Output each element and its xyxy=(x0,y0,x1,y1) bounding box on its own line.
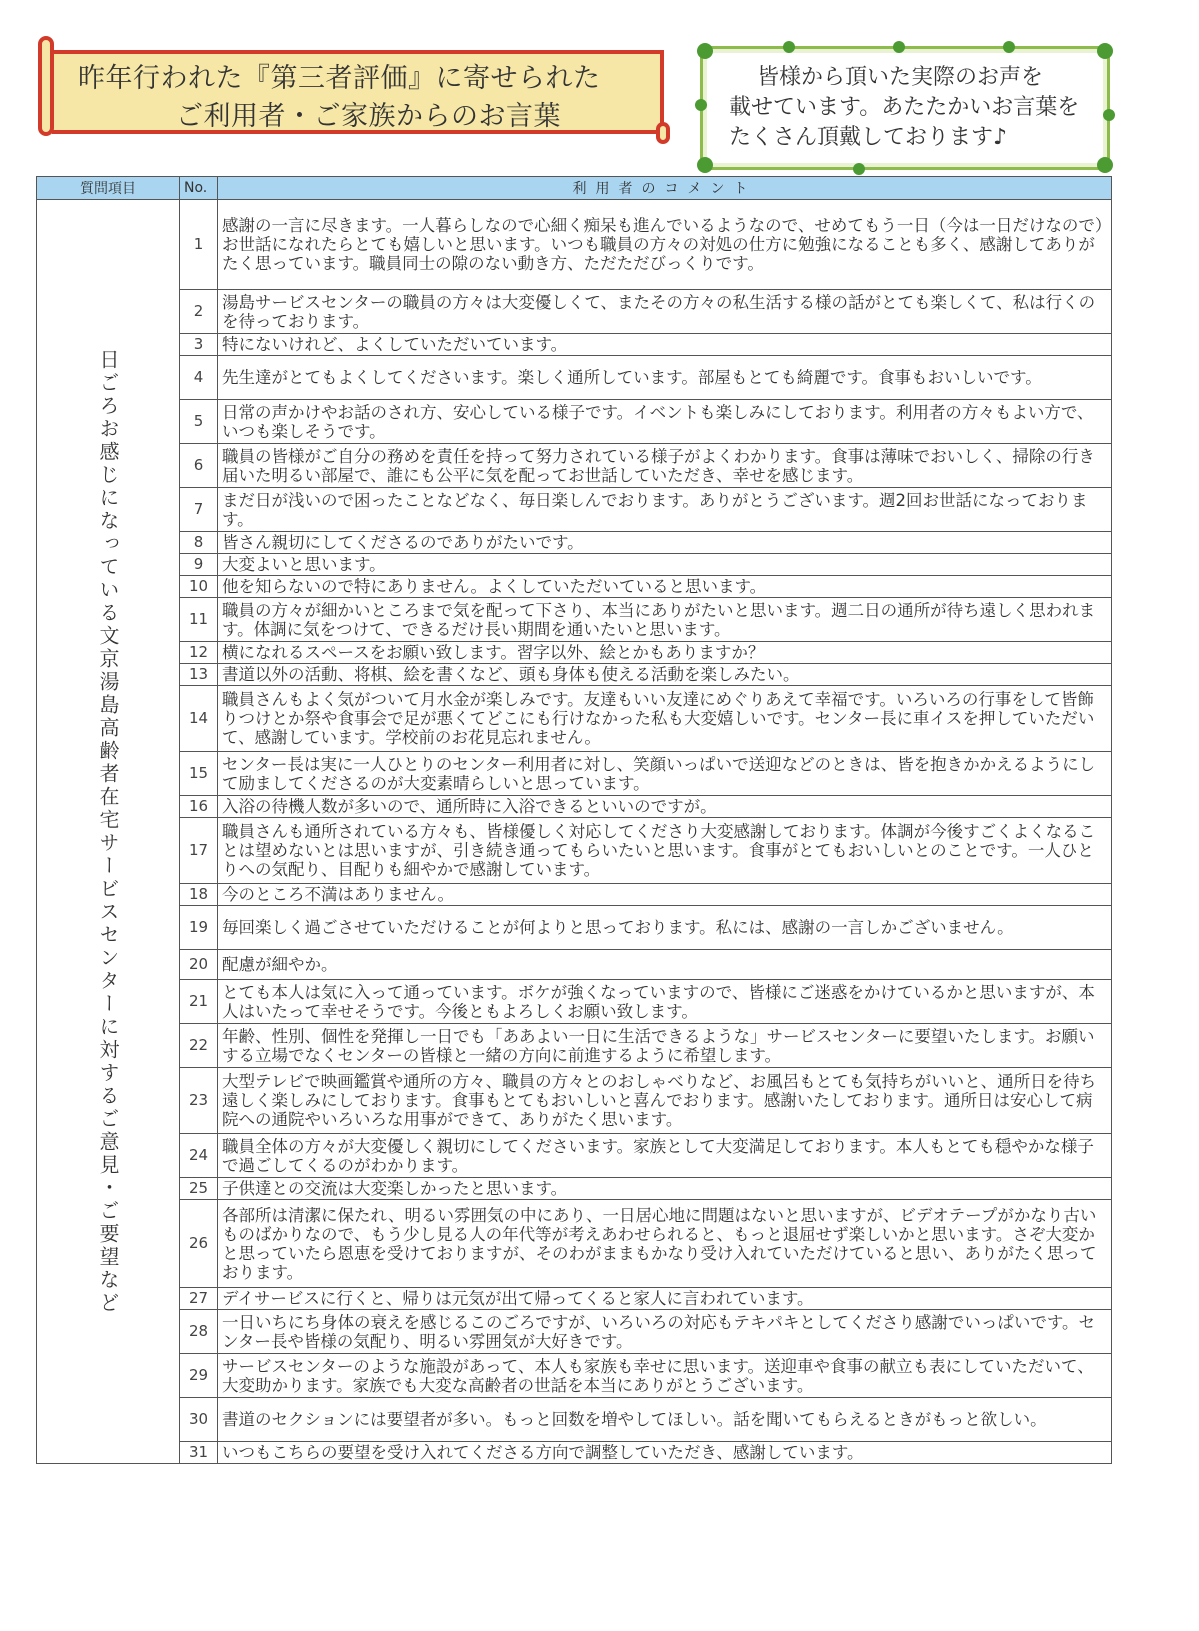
row-number: 23 xyxy=(180,1068,218,1134)
comment-text: 日常の声かけやお話のされ方、安心している様子です。イベントも楽しみにしております… xyxy=(218,400,1112,444)
comment-text: 職員さんも通所されている方々も、皆様優しく対応してくださり大変感謝しております。… xyxy=(218,818,1112,884)
table-row: 26各部所は清潔に保たれ、明るい雰囲気の中にあり、一日居心地に問題はないと思いま… xyxy=(37,1200,1112,1288)
clover-icon xyxy=(893,41,905,53)
clover-icon xyxy=(853,163,865,175)
row-number: 31 xyxy=(180,1442,218,1464)
row-number: 19 xyxy=(180,906,218,950)
table-row: 21とても本人は気に入って通っています。ボケが強くなっていますので、皆様にご迷惑… xyxy=(37,980,1112,1024)
row-number: 15 xyxy=(180,752,218,796)
row-number: 5 xyxy=(180,400,218,444)
table-row: 23大型テレビで映画鑑賞や通所の方々、職員の方々とのおしゃべりなど、お風呂もとて… xyxy=(37,1068,1112,1134)
table-row: 9大変よいと思います。 xyxy=(37,554,1112,576)
table-row: 8皆さん親切にしてくださるのでありがたいです。 xyxy=(37,532,1112,554)
row-number: 25 xyxy=(180,1178,218,1200)
table-row: 日ごろお感じになっている文京湯島高齢者在宅サービスセンターに対するご意見・ご要望… xyxy=(37,200,1112,290)
table-row: 11職員の方々が細かいところまで気を配って下さり、本当にありがたいと思います。週… xyxy=(37,598,1112,642)
comment-text: とても本人は気に入って通っています。ボケが強くなっていますので、皆様にご迷惑をか… xyxy=(218,980,1112,1024)
table-header-row: 質問項目 No. 利用者のコメント xyxy=(37,177,1112,200)
row-number: 2 xyxy=(180,290,218,334)
table-row: 4先生達がとてもよくしてくださいます。楽しく通所しています。部屋もとても綺麗です… xyxy=(37,356,1112,400)
row-number: 10 xyxy=(180,576,218,598)
table-row: 2湯島サービスセンターの職員の方々は大変優しくて、またその方々の私生活する様の話… xyxy=(37,290,1112,334)
row-number: 1 xyxy=(180,200,218,290)
row-number: 21 xyxy=(180,980,218,1024)
comment-text: デイサービスに行くと、帰りは元気が出て帰ってくると家人に言われています。 xyxy=(218,1288,1112,1310)
table-row: 16入浴の待機人数が多いので、通所時に入浴できるといいのですが。 xyxy=(37,796,1112,818)
row-number: 24 xyxy=(180,1134,218,1178)
row-number: 28 xyxy=(180,1310,218,1354)
comment-text: 書道のセクションには要望者が多い。もっと回数を増やしてほしい。話を聞いてもらえる… xyxy=(218,1398,1112,1442)
row-number: 12 xyxy=(180,642,218,664)
comment-text: 入浴の待機人数が多いので、通所時に入浴できるといいのですが。 xyxy=(218,796,1112,818)
comment-text: 特にないけれど、よくしていただいています。 xyxy=(218,334,1112,356)
row-number: 30 xyxy=(180,1398,218,1442)
clover-icon xyxy=(1103,109,1115,121)
table-row: 3特にないけれど、よくしていただいています。 xyxy=(37,334,1112,356)
table-row: 28一日いちにち身体の衰えを感じるこのごろですが、いろいろの対応もテキパキとして… xyxy=(37,1310,1112,1354)
comment-text: 毎回楽しく過ごさせていただけることが何よりと思っております。私には、感謝の一言し… xyxy=(218,906,1112,950)
comment-text: 書道以外の活動、将棋、絵を書くなど、頭も身体も使える活動を楽しみたい。 xyxy=(218,664,1112,686)
row-number: 17 xyxy=(180,818,218,884)
table-row: 17職員さんも通所されている方々も、皆様優しく対応してくださり大変感謝しておりま… xyxy=(37,818,1112,884)
header-no: No. xyxy=(180,177,218,200)
clover-icon xyxy=(1097,43,1113,59)
comment-text: 横になれるスペースをお願い致します。習字以外、絵とかもありますか？ xyxy=(218,642,1112,664)
header-category: 質問項目 xyxy=(37,177,180,200)
row-number: 16 xyxy=(180,796,218,818)
comment-text: 他を知らないので特にありません。よくしていただいていると思います。 xyxy=(218,576,1112,598)
table-row: 7まだ日が浅いので困ったことなどなく、毎日楽しんでおります。ありがとうございます… xyxy=(37,488,1112,532)
row-number: 8 xyxy=(180,532,218,554)
row-number: 9 xyxy=(180,554,218,576)
comment-text: 一日いちにち身体の衰えを感じるこのごろですが、いろいろの対応もテキパキとしてくだ… xyxy=(218,1310,1112,1354)
comment-text: 今のところ不満はありません。 xyxy=(218,884,1112,906)
comment-text: 先生達がとてもよくしてくださいます。楽しく通所しています。部屋もとても綺麗です。… xyxy=(218,356,1112,400)
row-number: 4 xyxy=(180,356,218,400)
clover-icon xyxy=(783,41,795,53)
table-row: 31いつもこちらの要望を受け入れてくださる方向で調整していただき、感謝しています… xyxy=(37,1442,1112,1464)
comment-text: 職員の方々が細かいところまで気を配って下さり、本当にありがたいと思います。週二日… xyxy=(218,598,1112,642)
row-number: 22 xyxy=(180,1024,218,1068)
row-number: 11 xyxy=(180,598,218,642)
table-row: 20配慮が細やか。 xyxy=(37,950,1112,980)
clover-icon xyxy=(1097,157,1113,173)
table-row: 18今のところ不満はありません。 xyxy=(37,884,1112,906)
comment-text: 配慮が細やか。 xyxy=(218,950,1112,980)
table-row: 29サービスセンターのような施設があって、本人も家族も幸せに思います。送迎車や食… xyxy=(37,1354,1112,1398)
category-label: 日ごろお感じになっている文京湯島高齢者在宅サービスセンターに対するご意見・ご要望… xyxy=(94,349,122,1315)
note-line-3: たくさん頂戴しております♪ xyxy=(729,123,1099,153)
table-row: 25子供達との交流は大変楽しかったと思います。 xyxy=(37,1178,1112,1200)
row-number: 3 xyxy=(180,334,218,356)
note-line-1: 皆様から頂いた実際のお声を xyxy=(729,63,1099,93)
table-row: 22年齢、性別、個性を発揮し一日でも「ああよい一日に生活できるような」サービスセ… xyxy=(37,1024,1112,1068)
table-row: 13書道以外の活動、将棋、絵を書くなど、頭も身体も使える活動を楽しみたい。 xyxy=(37,664,1112,686)
comment-text: 感謝の一言に尽きます。一人暮らしなので心細く痴呆も進んでいるようなので、せめても… xyxy=(218,200,1112,290)
comment-text: 子供達との交流は大変楽しかったと思います。 xyxy=(218,1178,1112,1200)
header-comment: 利用者のコメント xyxy=(218,177,1112,200)
row-number: 14 xyxy=(180,686,218,752)
row-number: 27 xyxy=(180,1288,218,1310)
title-line-2: ご利用者・ご家族からのお言葉 xyxy=(78,98,668,136)
clover-icon xyxy=(1003,41,1015,53)
clover-icon xyxy=(695,99,707,111)
table-row: 10他を知らないので特にありません。よくしていただいていると思います。 xyxy=(37,576,1112,598)
table-row: 6職員の皆様がご自分の務めを責任を持って努力されている様子がよくわかります。食事… xyxy=(37,444,1112,488)
category-cell: 日ごろお感じになっている文京湯島高齢者在宅サービスセンターに対するご意見・ご要望… xyxy=(37,200,180,1464)
note-line-2: 載せています。あたたかいお言葉を xyxy=(729,93,1099,123)
row-number: 26 xyxy=(180,1200,218,1288)
row-number: 20 xyxy=(180,950,218,980)
comment-text: 大変よいと思います。 xyxy=(218,554,1112,576)
title-line-1: 昨年行われた『第三者評価』に寄せられた xyxy=(78,63,601,94)
table-row: 15センター長は実に一人ひとりのセンター利用者に対し、笑顔いっぱいで送迎などのと… xyxy=(37,752,1112,796)
title-banner: 昨年行われた『第三者評価』に寄せられた ご利用者・ご家族からのお言葉 xyxy=(38,36,670,144)
page-title: 昨年行われた『第三者評価』に寄せられた ご利用者・ご家族からのお言葉 xyxy=(78,60,668,136)
comment-text: まだ日が浅いので困ったことなどなく、毎日楽しんでおります。ありがとうございます。… xyxy=(218,488,1112,532)
comment-text: 湯島サービスセンターの職員の方々は大変優しくて、またその方々の私生活する様の話が… xyxy=(218,290,1112,334)
row-number: 7 xyxy=(180,488,218,532)
table-row: 27デイサービスに行くと、帰りは元気が出て帰ってくると家人に言われています。 xyxy=(37,1288,1112,1310)
scroll-roll-left-decoration xyxy=(38,36,54,136)
comment-text: サービスセンターのような施設があって、本人も家族も幸せに思います。送迎車や食事の… xyxy=(218,1354,1112,1398)
comment-text: 年齢、性別、個性を発揮し一日でも「ああよい一日に生活できるような」サービスセンタ… xyxy=(218,1024,1112,1068)
table-row: 19毎回楽しく過ごさせていただけることが何よりと思っております。私には、感謝の一… xyxy=(37,906,1112,950)
row-number: 6 xyxy=(180,444,218,488)
row-number: 18 xyxy=(180,884,218,906)
comment-text: 職員の皆様がご自分の務めを責任を持って努力されている様子がよくわかります。食事は… xyxy=(218,444,1112,488)
table-row: 24職員全体の方々が大変優しく親切にしてくださいます。家族として大変満足しており… xyxy=(37,1134,1112,1178)
comment-text: 大型テレビで映画鑑賞や通所の方々、職員の方々とのおしゃべりなど、お風呂もとても気… xyxy=(218,1068,1112,1134)
comment-text: いつもこちらの要望を受け入れてくださる方向で調整していただき、感謝しています。 xyxy=(218,1442,1112,1464)
comment-text: 職員全体の方々が大変優しく親切にしてくださいます。家族として大変満足しております… xyxy=(218,1134,1112,1178)
intro-note-box: 皆様から頂いた実際のお声を 載せています。あたたかいお言葉を たくさん頂戴してお… xyxy=(700,46,1110,170)
comment-text: 各部所は清潔に保たれ、明るい雰囲気の中にあり、一日居心地に問題はないと思いますが… xyxy=(218,1200,1112,1288)
comment-text: センター長は実に一人ひとりのセンター利用者に対し、笑顔いっぱいで送迎などのときは… xyxy=(218,752,1112,796)
comment-text: 職員さんもよく気がついて月水金が楽しみです。友達もいい友達にめぐりあえて幸福です… xyxy=(218,686,1112,752)
intro-note-text: 皆様から頂いた実際のお声を 載せています。あたたかいお言葉を たくさん頂戴してお… xyxy=(729,63,1099,153)
clover-icon xyxy=(697,157,713,173)
table-row: 5日常の声かけやお話のされ方、安心している様子です。イベントも楽しみにしておりま… xyxy=(37,400,1112,444)
table-row: 12横になれるスペースをお願い致します。習字以外、絵とかもありますか？ xyxy=(37,642,1112,664)
clover-icon xyxy=(697,43,713,59)
comment-text: 皆さん親切にしてくださるのでありがたいです。 xyxy=(218,532,1112,554)
row-number: 13 xyxy=(180,664,218,686)
row-number: 29 xyxy=(180,1354,218,1398)
comments-table: 質問項目 No. 利用者のコメント 日ごろお感じになっている文京湯島高齢者在宅サ… xyxy=(36,176,1112,1464)
table-row: 14職員さんもよく気がついて月水金が楽しみです。友達もいい友達にめぐりあえて幸福… xyxy=(37,686,1112,752)
table-row: 30書道のセクションには要望者が多い。もっと回数を増やしてほしい。話を聞いてもら… xyxy=(37,1398,1112,1442)
